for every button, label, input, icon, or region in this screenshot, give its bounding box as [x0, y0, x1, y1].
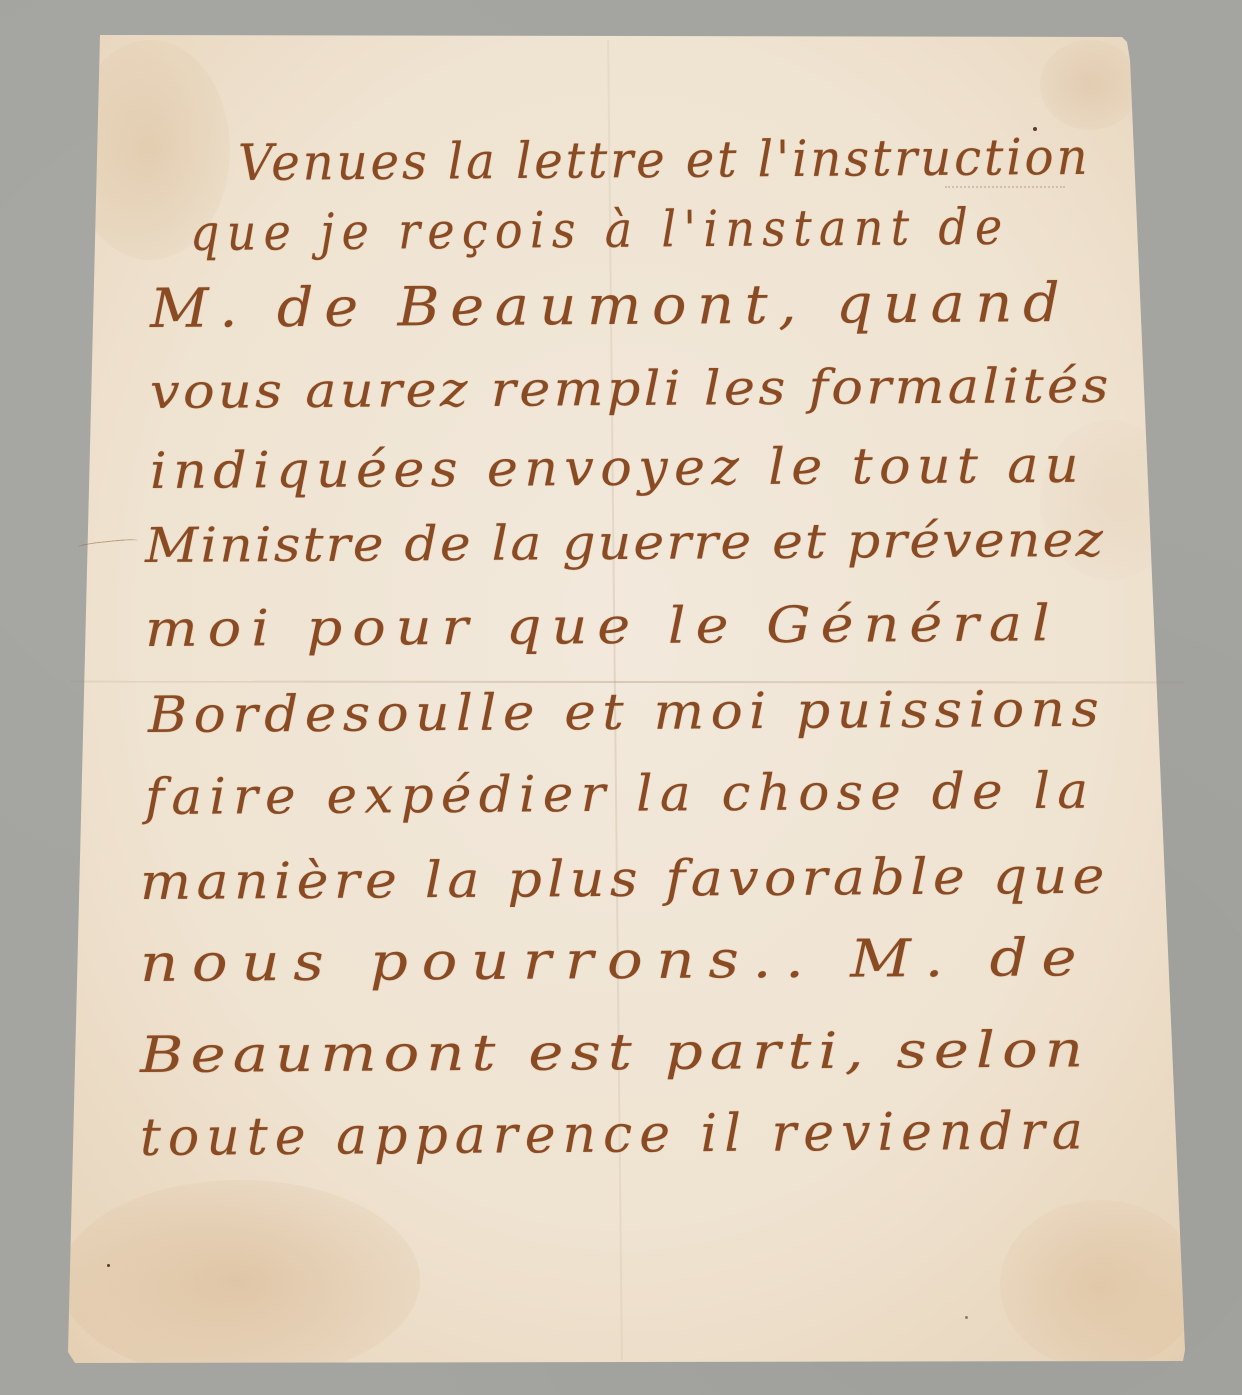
letter-line: faire expédier la chose de la [145, 766, 1096, 822]
letter-line: toute apparence il reviendra [140, 1105, 1090, 1164]
letter-line: que je reçois à l'instant de [190, 202, 1010, 258]
letter-line: vous aurez rempli les formalités [150, 362, 1112, 416]
letter-line: Beaumont est parti, selon [140, 1024, 1090, 1080]
letter-line: nous pourrons.. M. de [140, 932, 1091, 990]
letter-line: manière la plus favorable que [140, 851, 1110, 907]
letter-line: Bordesoulle et moi puissions [148, 684, 1106, 740]
letter-line: M. de Beaumont, quand [150, 276, 1071, 336]
handwritten-letter: Venues la lettre et l'instruction que je… [0, 0, 1242, 1395]
letter-line: Ministre de la guerre et prévenez [145, 516, 1105, 570]
letter-line: moi pour que le Général [145, 598, 1060, 654]
letter-line: indiquées envoyez le tout au [150, 440, 1085, 496]
letter-line: Venues la lettre et l'instruction [238, 132, 1091, 188]
